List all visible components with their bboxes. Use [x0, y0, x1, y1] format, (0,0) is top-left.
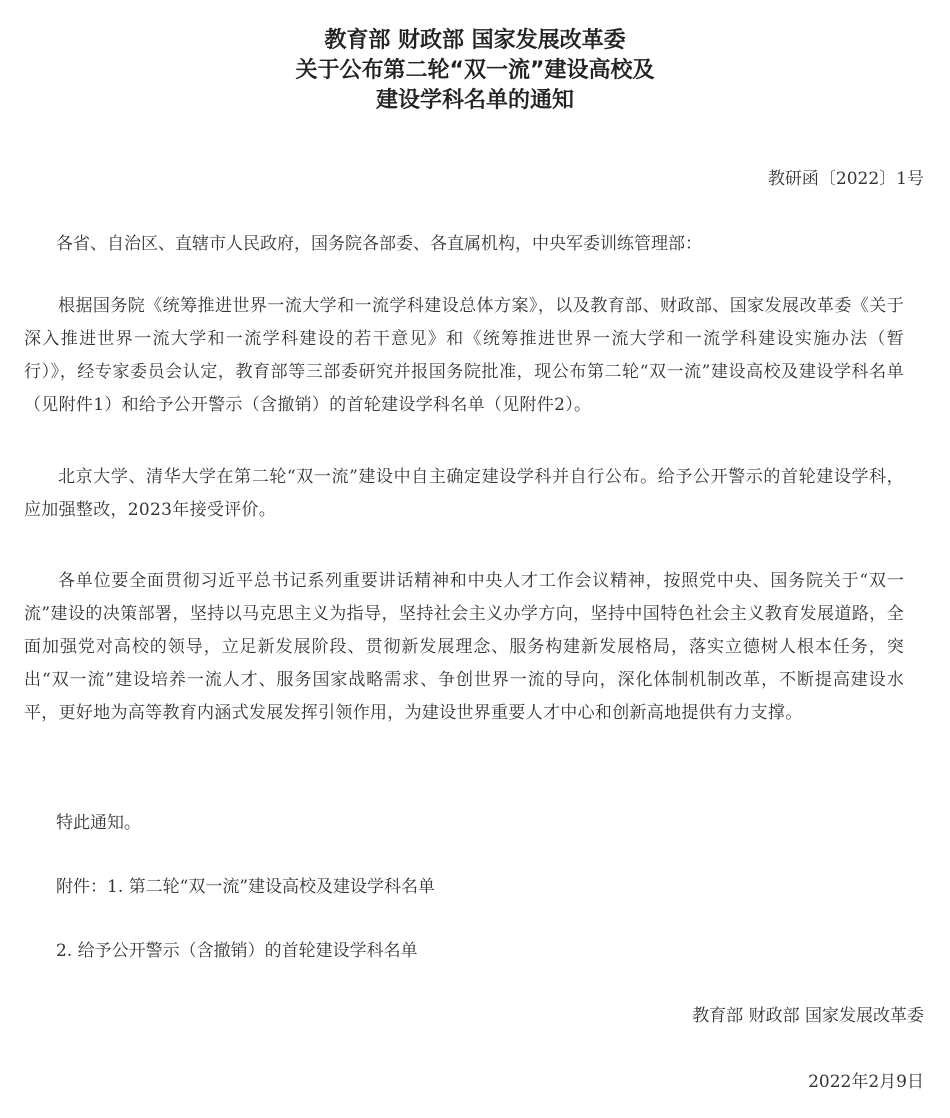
salutation: 各省、自治区、直辖市人民政府，国务院各部委、各直属机构，中央军委训练管理部： — [56, 232, 702, 256]
document-number: 教研函〔2022〕1号 — [768, 167, 924, 191]
attachment-2: 2. 给予公开警示（含撤销）的首轮建设学科名单 — [56, 939, 418, 963]
attachment-1: 附件：1. 第二轮“双一流”建设高校及建设学科名单 — [56, 875, 435, 899]
issue-date: 2022年2月9日 — [808, 1070, 924, 1094]
title-line-3: 建设学科名单的通知 — [0, 86, 950, 116]
paragraph-3: 各单位要全面贯彻习近平总书记系列重要讲话精神和中央人才工作会议精神，按照党中央、… — [24, 565, 904, 730]
signatories: 教育部 财政部 国家发展改革委 — [692, 1004, 924, 1028]
title-line-2: 关于公布第二轮“双一流”建设高校及 — [0, 56, 950, 86]
title-line-1: 教育部 财政部 国家发展改革委 — [0, 26, 950, 56]
paragraph-1: 根据国务院《统筹推进世界一流大学和一流学科建设总体方案》，以及教育部、财政部、国… — [24, 290, 904, 422]
paragraph-2: 北京大学、清华大学在第二轮“双一流”建设中自主确定建设学科并自行公布。给予公开警… — [24, 461, 904, 527]
closing-text: 特此通知。 — [56, 811, 141, 835]
